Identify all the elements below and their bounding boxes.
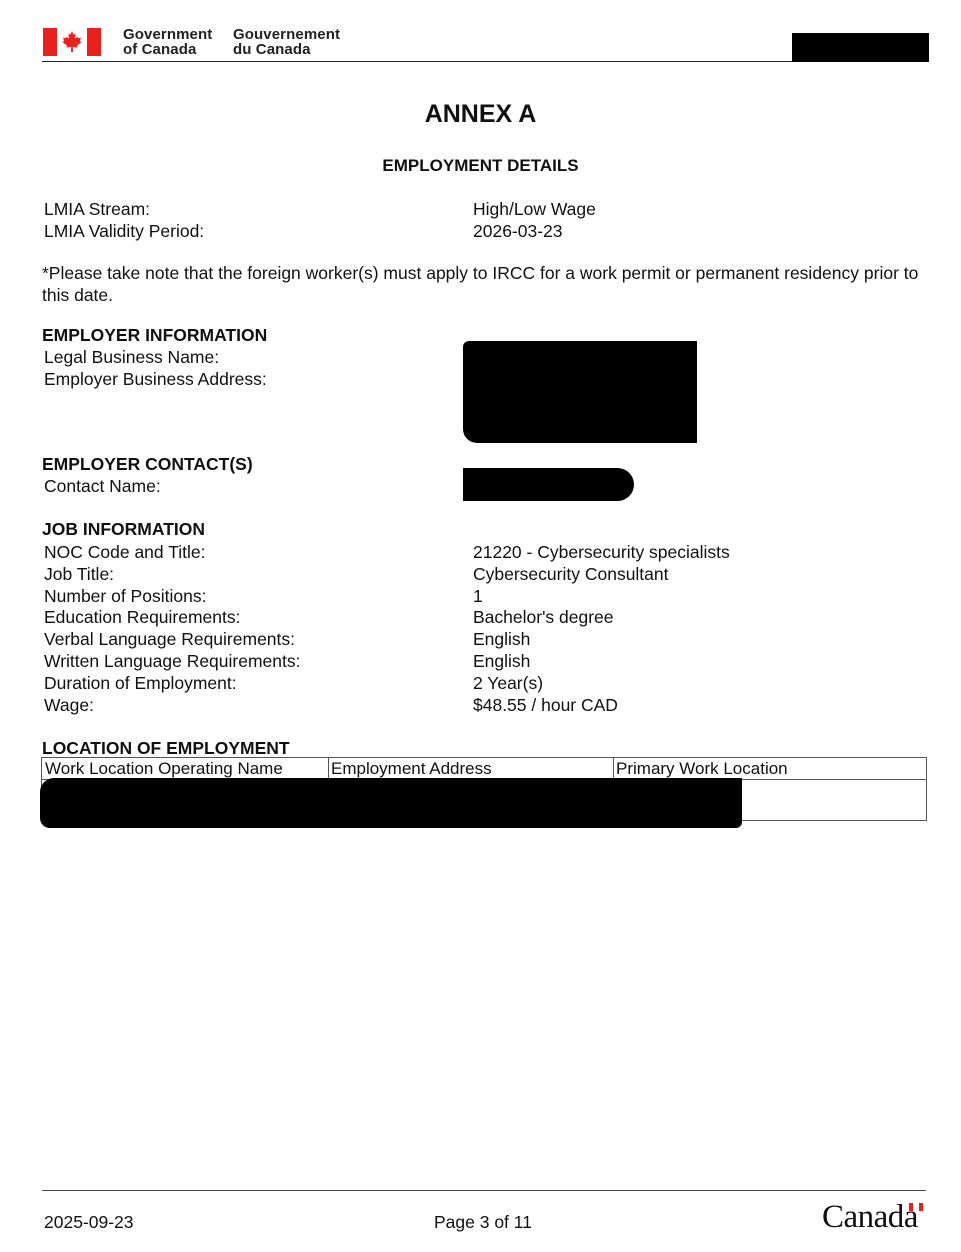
lmia-stream-label: LMIA Stream: [44, 198, 150, 220]
permit-note: *Please take note that the foreign worke… [42, 262, 932, 306]
column-header-employment-address: Employment Address [328, 758, 614, 779]
education-value: Bachelor's degree [473, 606, 614, 628]
duration-label: Duration of Employment: [44, 672, 237, 694]
page-title: ANNEX A [0, 100, 961, 129]
redaction-block [792, 33, 929, 62]
signature-fr-line-1: Gouvernement [233, 27, 340, 42]
signature-french: Gouvernement du Canada [233, 27, 340, 57]
signature-fr-line-2: du Canada [233, 42, 340, 57]
page-number: Page 3 of 11 [434, 1212, 532, 1233]
verbal-language-value: English [473, 628, 530, 650]
written-language-value: English [473, 650, 530, 672]
location-heading: LOCATION OF EMPLOYMENT [42, 738, 290, 759]
lmia-validity-value: 2026-03-23 [473, 220, 563, 242]
wage-value: $48.55 / hour CAD [473, 694, 618, 716]
employer-information-heading: EMPLOYER INFORMATION [42, 325, 267, 346]
signature-en-line-2: of Canada [123, 42, 212, 57]
written-language-label: Written Language Requirements: [44, 650, 301, 672]
employer-address-label: Employer Business Address: [44, 368, 267, 390]
noc-value: 21220 - Cybersecurity specialists [473, 541, 730, 563]
location-row-redaction [40, 778, 742, 828]
noc-label: NOC Code and Title: [44, 541, 205, 563]
duration-value: 2 Year(s) [473, 672, 543, 694]
education-label: Education Requirements: [44, 606, 241, 628]
page-subtitle: EMPLOYMENT DETAILS [0, 156, 961, 176]
footer-divider [42, 1190, 926, 1191]
footer-date: 2025-09-23 [44, 1212, 134, 1233]
canada-flag-icon [43, 28, 101, 56]
wordmark-flag-icon [909, 1203, 923, 1211]
employer-contacts-heading: EMPLOYER CONTACT(S) [42, 454, 253, 475]
canada-wordmark: Canada [822, 1199, 918, 1236]
column-header-primary-location: Primary Work Location [613, 758, 927, 779]
column-header-operating-name: Work Location Operating Name [42, 758, 328, 779]
job-information-heading: JOB INFORMATION [42, 519, 205, 540]
positions-label: Number of Positions: [44, 585, 206, 607]
employer-info-redaction [463, 341, 697, 443]
contact-name-redaction [463, 468, 634, 501]
signature-english: Government of Canada [123, 27, 212, 57]
job-title-value: Cybersecurity Consultant [473, 563, 669, 585]
job-title-label: Job Title: [44, 563, 114, 585]
positions-value: 1 [473, 585, 483, 607]
verbal-language-label: Verbal Language Requirements: [44, 628, 295, 650]
legal-business-name-label: Legal Business Name: [44, 346, 219, 368]
lmia-stream-value: High/Low Wage [473, 198, 596, 220]
contact-name-label: Contact Name: [44, 475, 161, 497]
wage-label: Wage: [44, 694, 94, 716]
lmia-validity-label: LMIA Validity Period: [44, 220, 204, 242]
signature-en-line-1: Government [123, 27, 212, 42]
